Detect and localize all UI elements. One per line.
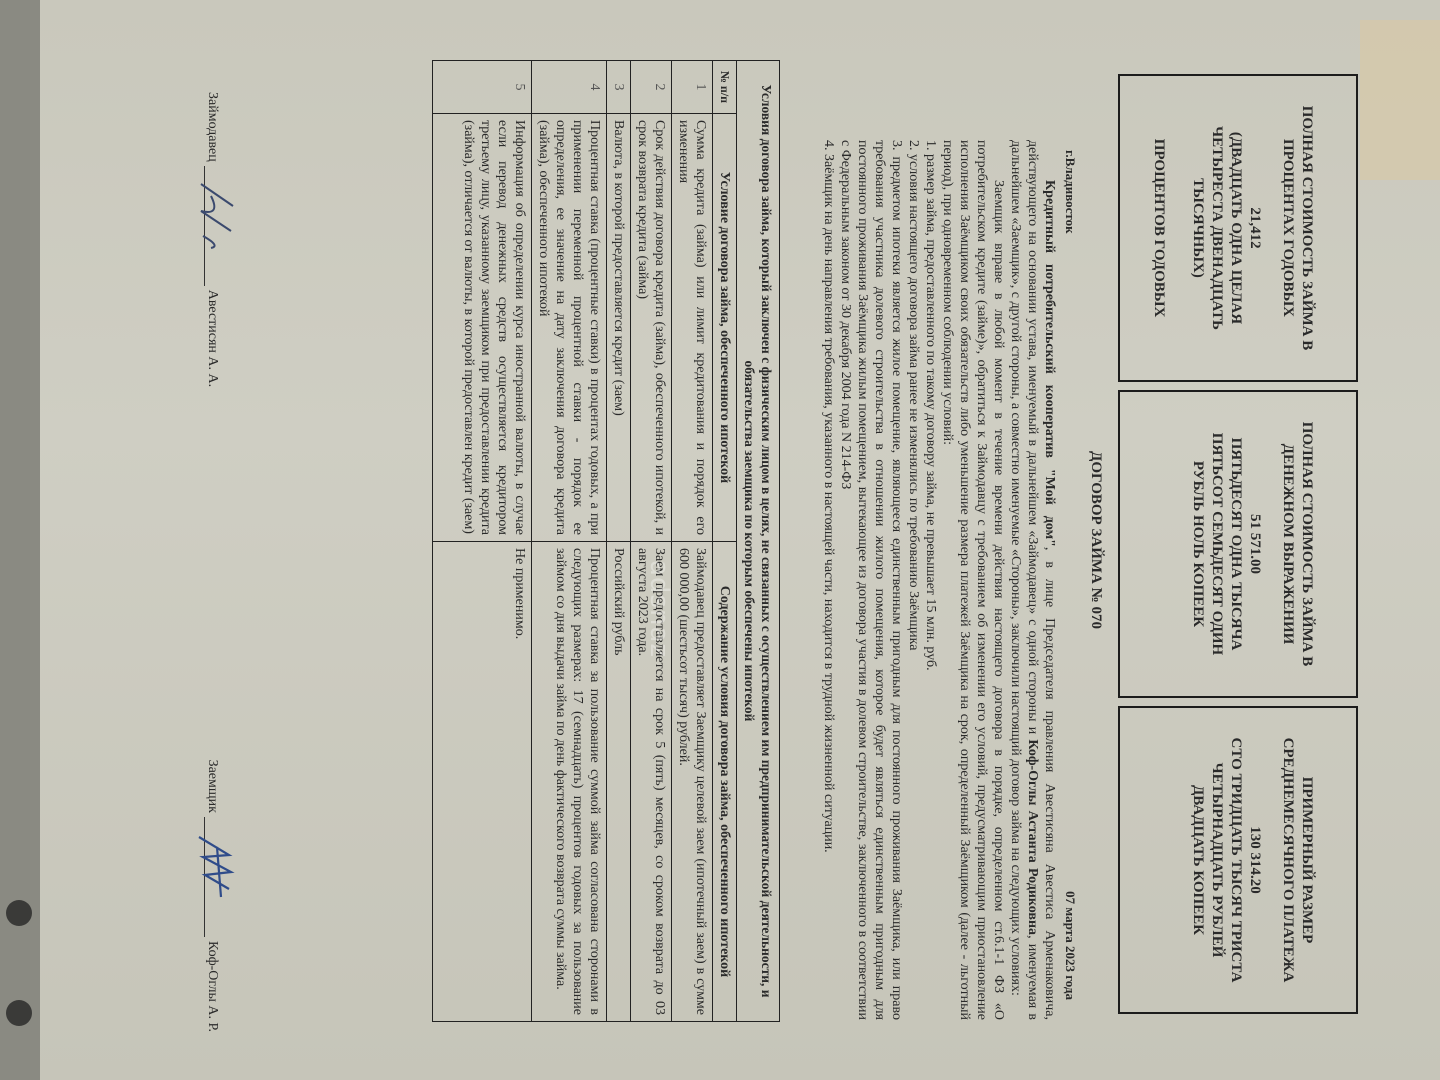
watermark: adsnaz	[644, 560, 674, 658]
row-no: 1	[672, 61, 713, 114]
row-content: Не применимо.	[433, 542, 532, 1022]
summary-footer: процентов годовых	[1149, 90, 1168, 366]
document-page: Полная стоимость займа в процентах годов…	[0, 0, 1440, 1080]
summary-value-words: (двадцать одна целая четыреста двенадцат…	[1188, 90, 1245, 366]
row-content: Займодавец предоставляет Заемщику целево…	[672, 542, 713, 1022]
borrower-signer-name: Коф-Оглы А. Р.	[204, 941, 220, 1032]
condition-item: 1. размер займа, предоставленного по так…	[922, 140, 939, 1020]
row-no: 4	[532, 61, 607, 114]
row-no: 5	[433, 61, 532, 114]
summary-box-psk-money: Полная стоимость займа в денежном выраже…	[1118, 390, 1358, 698]
header-no: № п/п	[713, 61, 737, 114]
signature-line	[204, 817, 235, 937]
row-condition: Валюта, в которой предоставляется кредит…	[607, 114, 631, 542]
table-row: 5 Информация об определении курса иностр…	[433, 61, 532, 1022]
row-content: Процентная ставка за пользование суммой …	[532, 542, 607, 1022]
lender-name: Кредитный потребительский кооператив "Мо…	[1042, 180, 1057, 547]
header-content: Содержание условия договора займа, обесп…	[713, 542, 737, 1022]
table-row: 3 Валюта, в которой предоставляется кред…	[607, 61, 631, 1022]
summary-box-monthly-payment: Примерный размер среднемесячного платежа…	[1118, 706, 1358, 1014]
summary-value: 51 571.00	[1245, 406, 1264, 682]
row-condition: Информация об определении курса иностран…	[433, 114, 532, 542]
table-row: 1 Сумма кредита (займа) или лимит кредит…	[672, 61, 713, 1022]
borrower-label: Заемщик	[204, 760, 220, 813]
condition-item: 3. предметом ипотеки является жилое поме…	[837, 140, 905, 1020]
decor-dot	[6, 1000, 32, 1026]
row-content: Российский рубль	[607, 542, 631, 1022]
photo-background-edge	[0, 0, 40, 1080]
condition-item: 4. Заёмщик на день направления требовани…	[820, 140, 837, 1020]
table-caption: Условия договора займа, который заключен…	[737, 60, 780, 1022]
borrower-signature: Заемщик Коф-Оглы А. Р.	[204, 760, 235, 1032]
tape-strip	[1360, 20, 1440, 180]
summary-value: 21,412	[1245, 90, 1264, 366]
header-condition: Условие договора займа, обеспеченного ип…	[713, 114, 737, 542]
summary-heading: Полная стоимость займа в процентах годов…	[1278, 90, 1316, 366]
summary-value-words: пятьдесят одна тысяча пятьсот семьдесят …	[1188, 406, 1245, 682]
summary-box-psk-percent: Полная стоимость займа в процентах годов…	[1118, 74, 1358, 382]
row-no: 3	[607, 61, 631, 114]
handwritten-signature-icon	[191, 827, 241, 917]
condition-item: 2. условия настоящего договора займа ран…	[905, 140, 922, 1020]
summary-boxes: Полная стоимость займа в процентах годов…	[1118, 74, 1358, 1014]
intro-paragraph: Кредитный потребительский кооператив "Мо…	[1007, 140, 1058, 1020]
document-title: ДОГОВОР ЗАЙМА № 070	[1087, 0, 1104, 1080]
table-row: 4 Процентная ставка (процентные ставки) …	[532, 61, 607, 1022]
handwritten-signature-icon	[191, 176, 241, 266]
signature-line	[204, 166, 235, 286]
table-row: 2 Срок действия договора кредита (займа)…	[631, 61, 672, 1022]
summary-value: 130 314.20	[1245, 722, 1264, 998]
row-condition: Сумма кредита (займа) или лимит кредитов…	[672, 114, 713, 542]
row-condition: Срок действия договора кредита (займа), …	[631, 114, 672, 542]
row-no: 2	[631, 61, 672, 114]
decor-dot	[6, 900, 32, 926]
signature-block: Займодавец Авестисян А. А. Заемщик Коф-О…	[204, 92, 235, 1032]
loan-terms-table: Условия договора займа, который заключен…	[432, 60, 780, 1022]
summary-heading: Полная стоимость займа в денежном выраже…	[1278, 406, 1316, 682]
lender-signer-name: Авестисян А. А.	[204, 290, 220, 387]
document-date: 07 марта 2023 года	[1062, 891, 1078, 1000]
agreement-body: Кредитный потребительский кооператив "Мо…	[820, 140, 1058, 1020]
lender-signature: Займодавец Авестисян А. А.	[204, 92, 235, 387]
row-condition: Процентная ставка (процентные ставки) в …	[532, 114, 607, 542]
lender-label: Займодавец	[204, 92, 220, 162]
summary-value-words: сто тридцать тысяч триста четырнадцать р…	[1188, 722, 1245, 998]
summary-heading: Примерный размер среднемесячного платежа	[1278, 722, 1316, 998]
borrower-name: Коф-Оглы Астанта Родиковна	[1025, 739, 1040, 935]
table-header-row: № п/п Условие договора займа, обеспеченн…	[713, 61, 737, 1022]
document-city: г.Владивосток	[1062, 150, 1078, 234]
rights-paragraph: Заемщик вправе в любой момент в течение …	[939, 140, 1007, 1020]
